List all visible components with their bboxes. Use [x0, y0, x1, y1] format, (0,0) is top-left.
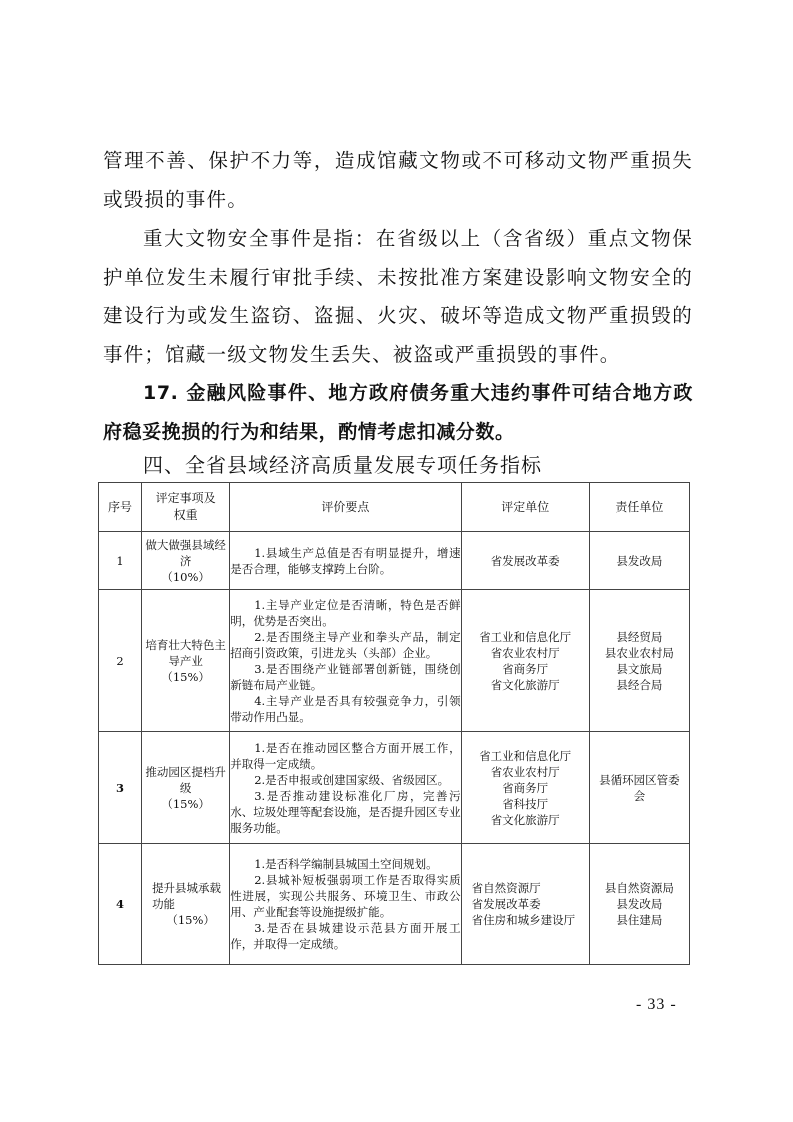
item-weight: （15%）	[142, 796, 229, 812]
header-item-label: 评定事项及权重	[156, 491, 216, 522]
table-row: 2 培育壮大特色主导产业 （15%） 1.主导产业定位是否清晰，特色是否鲜明，优…	[99, 590, 690, 732]
point: 2.是否申报或创建国家级、省级园区。	[230, 772, 460, 788]
resp-unit: 县农业农村局	[590, 645, 689, 661]
item-name: 做大做强县域经济	[142, 537, 229, 569]
section-heading: 四、全省县域经济高质量发展专项任务指标	[143, 449, 542, 478]
row-resp-units: 县发改局	[589, 532, 689, 590]
item-name: 培育壮大特色主导产业	[142, 637, 229, 669]
table-row: 3 推动园区提档升级 （15%） 1.是否在推动园区整合方面开展工作，并取得一定…	[99, 732, 690, 844]
item-weight: （15%）	[152, 912, 229, 928]
point: 3.是否围绕产业链部署创新链，围绕创新链布局产业链。	[230, 661, 460, 693]
row-item: 做大做强县域经济 （10%）	[142, 532, 230, 590]
body-paragraph-1: 管理不善、保护不力等，造成馆藏文物或不可移动文物严重损失或毁损的事件。	[103, 142, 693, 219]
eval-unit: 省农业农村厅	[462, 764, 589, 780]
eval-unit: 省文化旅游厅	[462, 677, 589, 693]
eval-unit: 省商务厅	[462, 661, 589, 677]
resp-unit: 县发改局	[590, 553, 689, 569]
eval-unit: 省工业和信息化厅	[462, 748, 589, 764]
item-name: 提升县城承载功能	[152, 880, 229, 912]
row-points: 1.主导产业定位是否清晰，特色是否鲜明，优势是否突出。 2.是否围绕主导产业和拳…	[230, 590, 461, 732]
indicator-table: 序号 评定事项及权重 评价要点 评定单位 责任单位 1 做大做强县域经济 （10…	[98, 482, 690, 965]
row-points: 1.是否科学编制县城国土空间规划。 2.县城补短板强弱项工作是否取得实质性进展，…	[230, 844, 461, 965]
point: 1.县域生产总值是否有明显提升，增速是否合理，能够支撑跨上台阶。	[230, 545, 460, 577]
eval-unit: 省科技厅	[462, 796, 589, 812]
resp-unit: 县循环园区管委会	[594, 772, 685, 804]
item-weight: （15%）	[142, 669, 229, 685]
point: 1.是否科学编制县城国土空间规划。	[230, 856, 460, 872]
row-resp-units: 县循环园区管委会	[589, 732, 689, 844]
eval-unit: 省发展改革委	[462, 553, 589, 569]
eval-unit: 省自然资源厅	[472, 880, 589, 896]
header-no: 序号	[99, 483, 142, 532]
resp-unit: 县住建局	[590, 912, 689, 928]
eval-unit: 省文化旅游厅	[462, 812, 589, 828]
row-no: 3	[99, 732, 142, 844]
row-no: 1	[99, 532, 142, 590]
eval-unit: 省商务厅	[462, 780, 589, 796]
page-number: - 33 -	[636, 996, 677, 1014]
item-name: 推动园区提档升级	[142, 764, 229, 796]
row-no: 2	[99, 590, 142, 732]
resp-unit: 县发改局	[590, 896, 689, 912]
eval-unit: 省住房和城乡建设厅	[472, 912, 589, 928]
row-item: 培育壮大特色主导产业 （15%）	[142, 590, 230, 732]
row-item: 推动园区提档升级 （15%）	[142, 732, 230, 844]
table-header-row: 序号 评定事项及权重 评价要点 评定单位 责任单位	[99, 483, 690, 532]
row-eval-units: 省发展改革委	[461, 532, 589, 590]
resp-unit: 县自然资源局	[590, 880, 689, 896]
row-points: 1.是否在推动园区整合方面开展工作，并取得一定成绩。 2.是否申报或创建国家级、…	[230, 732, 461, 844]
point: 2.县城补短板强弱项工作是否取得实质性进展，实现公共服务、环境卫生、市政公用、产…	[230, 872, 460, 920]
resp-unit: 县文旅局	[590, 661, 689, 677]
row-item: 提升县城承载功能 （15%）	[142, 844, 230, 965]
row-eval-units: 省工业和信息化厅 省农业农村厅 省商务厅 省科技厅 省文化旅游厅	[461, 732, 589, 844]
resp-unit: 县经贸局	[590, 629, 689, 645]
eval-unit: 省发展改革委	[472, 896, 589, 912]
header-points: 评价要点	[230, 483, 461, 532]
eval-unit: 省工业和信息化厅	[462, 629, 589, 645]
row-resp-units: 县自然资源局 县发改局 县住建局	[589, 844, 689, 965]
row-no: 4	[99, 844, 142, 965]
eval-unit: 省农业农村厅	[462, 645, 589, 661]
row-resp-units: 县经贸局 县农业农村局 县文旅局 县经合局	[589, 590, 689, 732]
body-paragraph-2: 重大文物安全事件是指：在省级以上（含省级）重点文物保护单位发生未履行审批手续、未…	[103, 220, 693, 374]
item-weight: （10%）	[142, 569, 229, 585]
header-item: 评定事项及权重	[142, 483, 230, 532]
point: 1.是否在推动园区整合方面开展工作，并取得一定成绩。	[230, 740, 460, 772]
header-resp-unit: 责任单位	[589, 483, 689, 532]
row-points: 1.县域生产总值是否有明显提升，增速是否合理，能够支撑跨上台阶。	[230, 532, 461, 590]
resp-unit: 县经合局	[590, 677, 689, 693]
point: 4.主导产业是否具有较强竞争力，引领带动作用凸显。	[230, 693, 460, 725]
header-eval-unit: 评定单位	[461, 483, 589, 532]
point: 3.是否推动建设标准化厂房，完善污水、垃圾处理等配套设施，是否提升园区专业服务功…	[230, 788, 460, 836]
body-paragraph-item-17: 17. 金融风险事件、地方政府债务重大违约事件可结合地方政府稳妥挽损的行为和结果…	[103, 374, 693, 451]
row-eval-units: 省工业和信息化厅 省农业农村厅 省商务厅 省文化旅游厅	[461, 590, 589, 732]
point: 1.主导产业定位是否清晰，特色是否鲜明，优势是否突出。	[230, 597, 460, 629]
point: 3.是否在县城建设示范县方面开展工作，并取得一定成绩。	[230, 920, 460, 952]
row-eval-units: 省自然资源厅 省发展改革委 省住房和城乡建设厅	[461, 844, 589, 965]
table-row: 1 做大做强县域经济 （10%） 1.县域生产总值是否有明显提升，增速是否合理，…	[99, 532, 690, 590]
point: 2.是否围绕主导产业和拳头产品，制定招商引资政策，引进龙头（头部）企业。	[230, 629, 460, 661]
table-row: 4 提升县城承载功能 （15%） 1.是否科学编制县城国土空间规划。 2.县城补…	[99, 844, 690, 965]
